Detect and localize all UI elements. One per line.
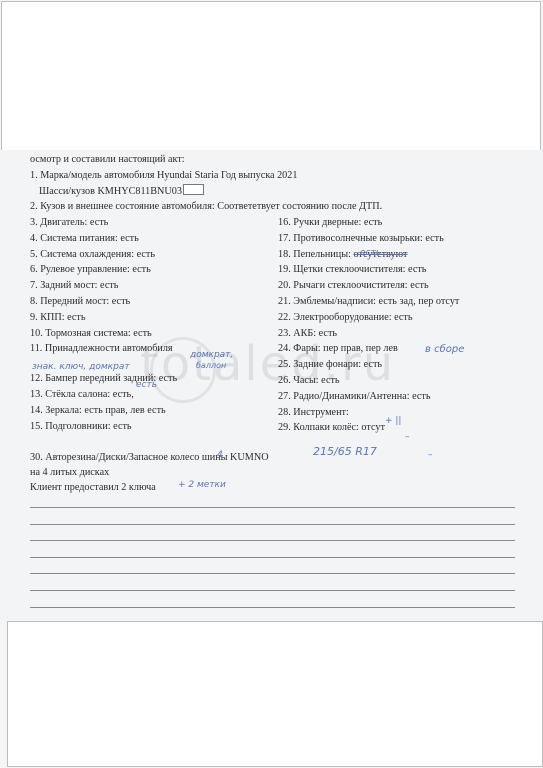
body-condition-line: 2. Кузов и внешнее состояние автомобиля:…: [30, 200, 382, 213]
tires-line-2: на 4 литых дисках: [30, 466, 109, 479]
inspection-item: 22. Электрооборудование: есть: [278, 311, 413, 324]
inspection-item: 13. Стёкла салона: есть,: [30, 388, 134, 401]
handwritten-item11-c: баллон: [196, 360, 226, 371]
vehicle-model-line: 1. Марка/модель автомобиля Hyundai Stari…: [30, 169, 297, 182]
handwritten-item29: –: [405, 432, 410, 443]
handwritten-item11-b: знак. ключ, домкрат: [32, 362, 130, 373]
intro-text: осмотр и составили настоящий акт:: [30, 153, 185, 166]
blank-line: [30, 573, 515, 574]
inspection-item: 17. Противосолнечные козырьки: есть: [278, 232, 444, 245]
inspection-item: 28. Инструмент:: [278, 406, 349, 419]
redacted-header-area: [1, 1, 541, 151]
inspection-item: 11. Принадлежности автомобиля: [30, 342, 173, 355]
blank-line: [30, 540, 515, 541]
blank-line: [30, 524, 515, 525]
chassis-text: Шасси/кузов KMHYC811BNU03: [39, 186, 182, 197]
inspection-item: 8. Передний мост: есть: [30, 295, 130, 308]
keys-line: Клиент предоставил 2 ключа: [30, 481, 156, 494]
inspection-item: 10. Тормозная система: есть: [30, 327, 152, 340]
inspection-item: 7. Задний мост: есть: [30, 279, 118, 292]
inspection-item: 4. Система питания: есть: [30, 232, 139, 245]
chassis-line: Шасси/кузов KMHYC811BNU03: [39, 184, 204, 198]
inspection-item: 3. Двигатель: есть: [30, 216, 108, 229]
chassis-redaction-box: [183, 184, 204, 195]
handwritten-tire-count: 4: [217, 450, 223, 461]
inspection-item: 16. Ручки дверные: есть: [278, 216, 382, 229]
inspection-item: 6. Рулевое управление: есть: [30, 263, 151, 276]
blank-line: [30, 607, 515, 608]
inspection-item: 27. Радио/Динамики/Антенна: есть: [278, 390, 431, 403]
inspection-item: 21. Эмблемы/надписи: есть зад, пер отсут: [278, 295, 459, 308]
inspection-item-label: 18. Пепельницы:: [278, 249, 353, 260]
inspection-item: 29. Колпаки колёс: отсут: [278, 421, 385, 434]
inspection-item: 9. КПП: есть: [30, 311, 85, 324]
handwritten-item18: есть: [360, 248, 381, 259]
handwritten-tire-dash: –: [428, 450, 433, 461]
blank-line: [30, 507, 515, 508]
handwritten-tire-size: 215/65 R17: [313, 446, 377, 457]
inspection-item: 5. Система охлаждения: есть: [30, 248, 155, 261]
handwritten-item12: есть: [136, 380, 157, 391]
blank-line: [30, 557, 515, 558]
inspection-item: 18. Пепельницы: отсутствуют: [278, 248, 408, 261]
blank-line: [30, 590, 515, 591]
tires-line: 30. Авторезина/Диски/Запасное колесо шин…: [30, 451, 269, 464]
inspection-item: 23. АКБ: есть: [278, 327, 337, 340]
handwritten-item28: + ||: [385, 416, 401, 427]
inspection-item: 26. Часы: есть: [278, 374, 340, 387]
inspection-item: 14. Зеркала: есть прав, лев есть: [30, 404, 166, 417]
inspection-item: 15. Подголовники: есть: [30, 420, 132, 433]
handwritten-keys: + 2 метки: [178, 480, 226, 491]
inspection-item: 24. Фары: пер прав, пер лев: [278, 342, 398, 355]
redacted-footer-area: [7, 621, 543, 767]
inspection-item: 25. Задние фонари: есть: [278, 358, 382, 371]
handwritten-item24: в сборе: [425, 344, 464, 355]
inspection-item: 20. Рычаги стеклоочистителя: есть: [278, 279, 429, 292]
inspection-item: 19. Щетки стеклоочистителя: есть: [278, 263, 426, 276]
